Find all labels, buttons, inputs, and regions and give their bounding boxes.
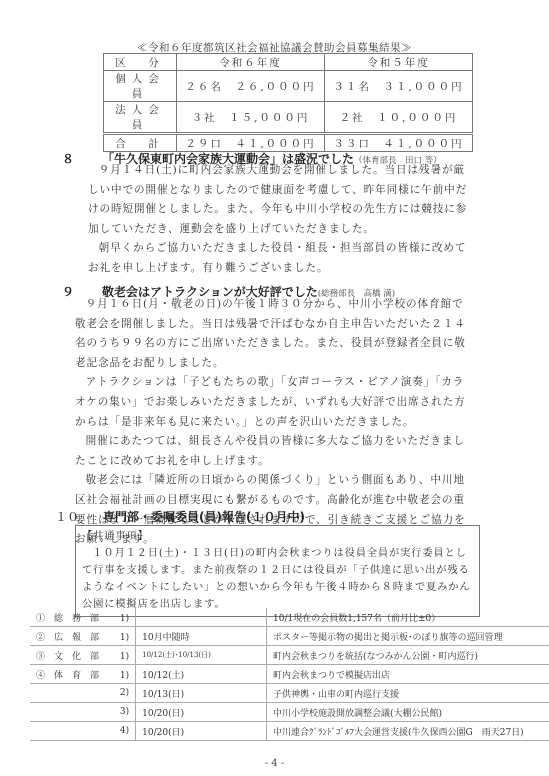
description-cell: 中川小学校施設開放調整会議(大棚公民館) (267, 703, 549, 722)
table-row: ①総務部 1) 10/1現在の会員数1,157名（前月比±0） (30, 608, 549, 627)
row-label: 個人会員 (104, 71, 177, 102)
table-total-row: 合 計 ２９口 ４１,０００円 ３３口 ４１,０００円 (104, 134, 473, 152)
dept-cell: ④体育部 1) (30, 665, 136, 684)
header-cell: 令和５年度 (325, 54, 473, 71)
table-row: ③文化部 1) 10/12(土)･10/13(日) 町内会秋まつりを統括(なつみ… (30, 646, 549, 665)
table-row: ②広報部 1) 10月中随時 ポスター等掲示物の掲出と掲示板･のぼり旗等の巡回管… (30, 627, 549, 646)
page-number: - 4 - (0, 758, 549, 769)
table-row: 4) 10/20(日) 中川連合ｸﾞﾗﾝﾄﾞｺﾞﾙﾌ大会運営支援(牛久保西公園G… (30, 722, 549, 741)
table-row: ④体育部 1) 10/12(土) 町内会秋まつりで模擬店出店 (30, 665, 549, 684)
section-title: 専門部・委嘱委員(員)報告(１０月中) (103, 510, 305, 524)
description-cell: 町内会秋まつりを統括(なつみかん公園・町内巡行) (267, 646, 549, 665)
common-notice-box: 【共通事項】 １０月１２日(土)・１３日(日)の町内会秋まつりは役員全員が実行委… (75, 525, 480, 617)
dept-cell: ③文化部 1) (30, 646, 136, 665)
date-cell: 10月中随時 (136, 627, 267, 646)
section-number: １０ (55, 508, 103, 525)
dept-cell: 3) (30, 703, 136, 722)
row-label: 合 計 (104, 134, 177, 152)
notice-heading: 【共通事項】 (82, 528, 473, 545)
r6-value: ２６名 ２６,０００円 (177, 71, 325, 102)
table-header-row: 区 分 令和６年度 令和５年度 (104, 54, 473, 71)
section-10-heading: １０専門部・委嘱委員(員)報告(１０月中) (55, 508, 305, 525)
table-row: 法人会員 ３社 １５,０００円 ２社 １０,０００円 (104, 102, 473, 134)
row-label: 法人会員 (104, 102, 177, 134)
description-cell: 子供神輿・山車の町内巡行支援 (267, 684, 549, 703)
table-row: 2) 10/13(日) 子供神輿・山車の町内巡行支援 (30, 684, 549, 703)
date-cell (136, 608, 267, 627)
section-8-body: ９月１４日(土)に町内会家族大運動会を開催しました。当日は残暑が厳しい中での開催… (88, 161, 473, 279)
date-cell: 10/20(日) (136, 703, 267, 722)
paragraph: 朝早くからご協力いただきました役員・組長・担当部員の皆様に改めてお礼を申し上げま… (88, 239, 473, 278)
date-cell: 10/12(土) (136, 665, 267, 684)
r6-value: ２９口 ４１,０００円 (177, 134, 325, 152)
description-cell: ポスター等掲示物の掲出と掲示板･のぼり旗等の巡回管理 (267, 627, 549, 646)
dept-cell: ①総務部 1) (30, 608, 136, 627)
table-row: 個人会員 ２６名 ２６,０００円 ３１名 ３１,０００円 (104, 71, 473, 102)
r5-value: ３３口 ４１,０００円 (325, 134, 473, 152)
table-row: 3) 10/20(日) 中川小学校施設開放調整会議(大棚公民館) (30, 703, 549, 722)
description-cell: 10/1現在の会員数1,157名（前月比±0） (267, 608, 549, 627)
header-cell: 区 分 (104, 54, 177, 71)
notice-text: １０月１２日(土)・１３日(日)の町内会秋まつりは役員全員が実行委員として行事を… (82, 545, 473, 613)
description-cell: 町内会秋まつりで模擬店出店 (267, 665, 549, 684)
description-cell: 中川連合ｸﾞﾗﾝﾄﾞｺﾞﾙﾌ大会運営支援(牛久保西公園G 雨天27日) (267, 722, 549, 741)
date-cell: 10/20(日) (136, 722, 267, 741)
header-cell: 令和６年度 (177, 54, 325, 71)
date-cell: 10/12(土)･10/13(日) (136, 646, 267, 665)
r5-value: ２社 １０,０００円 (325, 102, 473, 134)
date-cell: 10/13(日) (136, 684, 267, 703)
paragraph: ９月１４日(土)に町内会家族大運動会を開催しました。当日は残暑が厳しい中での開催… (88, 161, 473, 239)
membership-summary-table: 区 分 令和６年度 令和５年度 個人会員 ２６名 ２６,０００円 ３１名 ３１,… (103, 53, 473, 152)
dept-cell: 2) (30, 684, 136, 703)
paragraph: 開催にあたつては、組長さんや役員の皆様に多大なご協力をいただきましたことに改めて… (75, 432, 473, 471)
paragraph: アトラクションは「子どもたちの歌」「女声コーラス・ピアノ演奏」「カラオケの集い」… (75, 373, 473, 432)
dept-cell: 4) (30, 722, 136, 741)
r5-value: ３１名 ３１,０００円 (325, 71, 473, 102)
paragraph: ９月１６日(月・敬老の日)の午後１時３０分から、中川小学校の体育館で敬老会を開催… (75, 295, 473, 373)
dept-cell: ②広報部 1) (30, 627, 136, 646)
r6-value: ３社 １５,０００円 (177, 102, 325, 134)
department-reports-table: ①総務部 1) 10/1現在の会員数1,157名（前月比±0） ②広報部 1) … (30, 608, 549, 741)
